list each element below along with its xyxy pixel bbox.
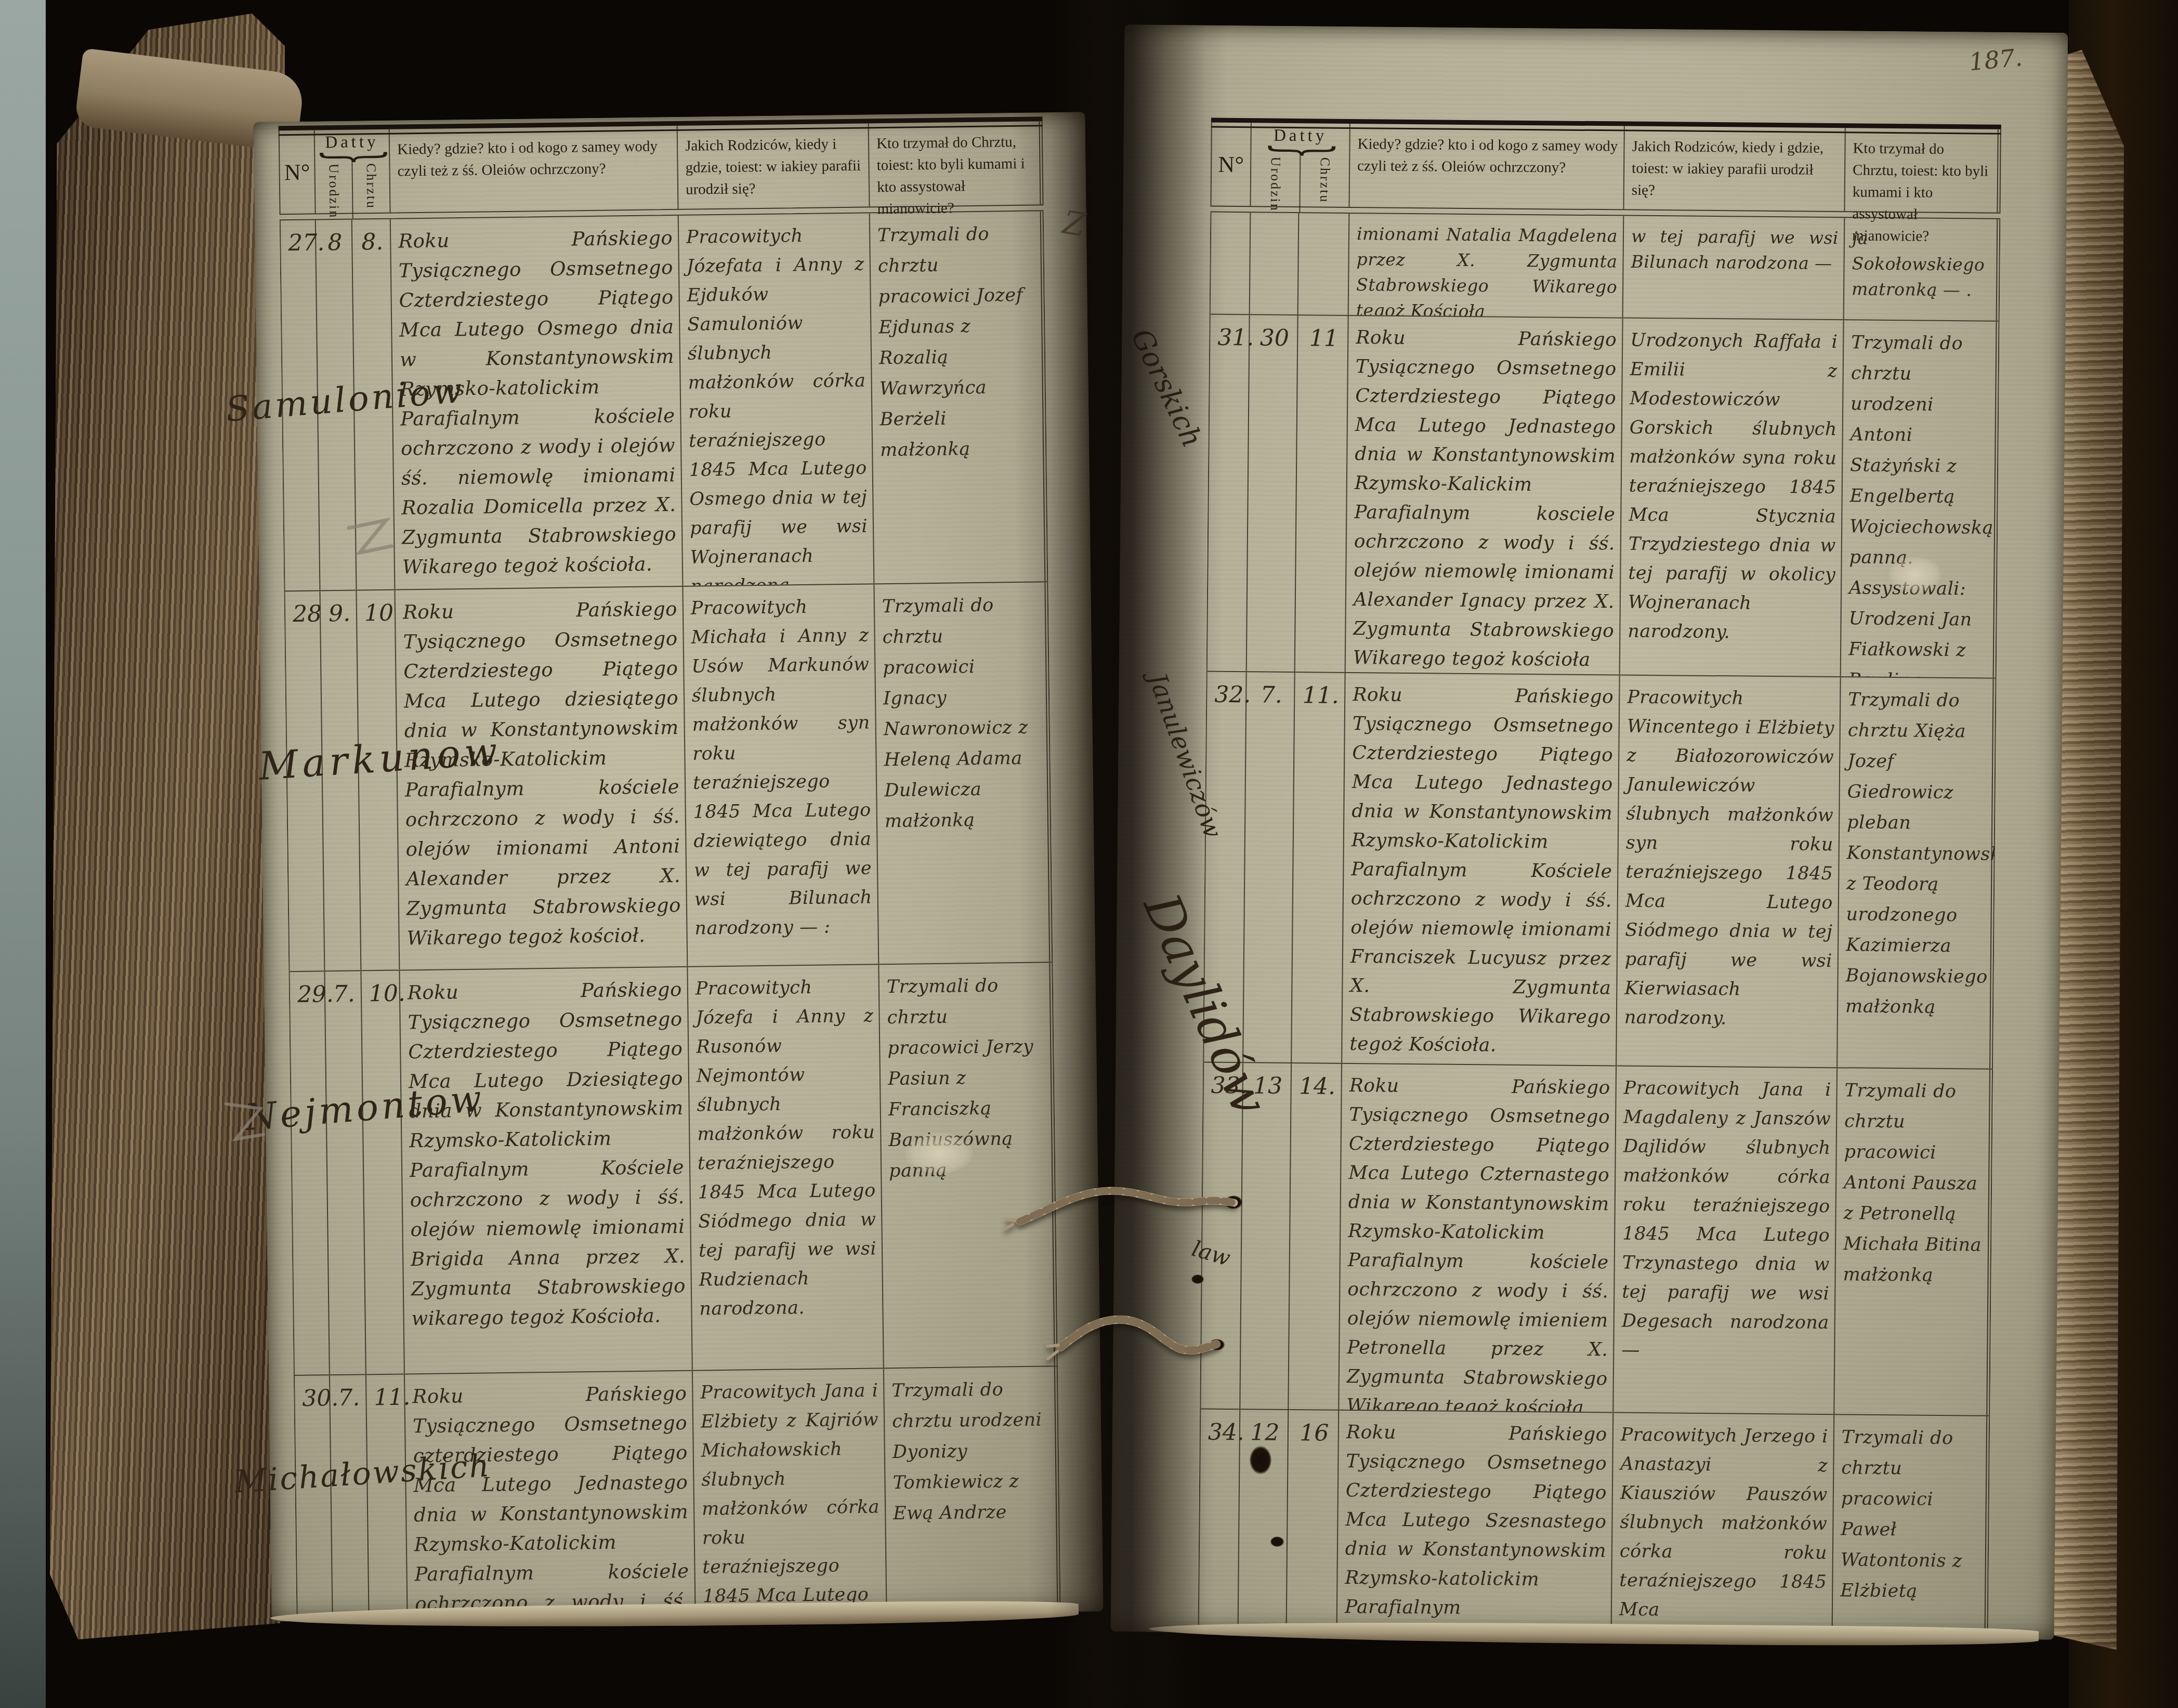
header-parents-question: Jakich Rodziców, kiedy i gdzie, toiest: …	[678, 123, 870, 208]
paper-hole	[1250, 1446, 1271, 1474]
entry-no: 31.	[1206, 315, 1250, 672]
entry-parents-text: Pracowitych Jerzego i Anastazyi z Kiausz…	[1612, 1413, 1835, 1637]
paper-hole	[1225, 1195, 1242, 1209]
entry-parents-text: Pracowitych Józefata i Anny z Ejduków Sa…	[679, 213, 875, 585]
header-date-subcolumns: Urodzin Chrztu	[1251, 155, 1349, 213]
left-page: N° Datty { Urodzin Chrztu Kiedy? gdzie? …	[253, 112, 1103, 1621]
paper-scrape	[1889, 556, 1941, 593]
header-baptism-label: Chrztu	[1317, 157, 1333, 203]
entry-baptism-day: 14.	[1289, 1063, 1342, 1410]
entry-birth-empty	[1250, 213, 1300, 314]
entry-birth-day: 7.	[1243, 672, 1295, 1062]
header-birth-label: Urodzin	[325, 164, 342, 219]
entry-baptism-day: 16	[1287, 1410, 1340, 1633]
entry-parents-text: Pracowitych Michała i Anny z Usów Markun…	[683, 584, 879, 966]
entry-baptism-text: Roku Pańskiego Tysiącznego Osmsetnego Cz…	[400, 967, 692, 1374]
curly-brace: {	[1283, 142, 1317, 159]
paper-hole	[1270, 1536, 1284, 1547]
header-date-subcolumns: Urodzin Chrztu	[315, 162, 389, 219]
entry-row-31: 31. 30 11 Roku Pańskiego Tysiącznego Osm…	[1206, 314, 2000, 678]
entry-no-empty	[1210, 213, 1251, 314]
entry-row-30: 30. 7. 11. Roku Pańskiego Tysiącznego Os…	[294, 1365, 1061, 1616]
entry-godparents-text: Trzymali do chrztu pracowici Paweł Waton…	[1833, 1415, 1990, 1638]
left-table-header: N° Datty { Urodzin Chrztu Kiedy? gdzie? …	[279, 121, 1044, 214]
left-register-table: N° Datty { Urodzin Chrztu Kiedy? gdzie? …	[279, 116, 1061, 1616]
left-page-block-edge	[50, 14, 285, 1639]
scan-cradle-strip	[0, 0, 46, 1708]
entry-baptism-text: Roku Pańskiego Tysiącznego Osmsetnego Cz…	[1337, 1411, 1614, 1635]
curly-brace: {	[335, 149, 369, 166]
header-baptism-question: Kiedy? gdzie? kto i od kogo z samey wody…	[1349, 124, 1624, 209]
right-table-header: N° Datty { Urodzin Chrztu Kiedy? gdzie? …	[1210, 123, 2001, 213]
entry-baptism-text: Roku Pańskiego Tysiącznego Osmsetnego Cz…	[395, 587, 688, 970]
header-birth-cell: Urodzin	[315, 163, 353, 219]
entry-godparents-text: ja Sokołowskiego matronką — .	[1844, 218, 2001, 321]
entry-row-carryover: imionami Natalia Magdelena przez X. Zygm…	[1210, 213, 2001, 321]
header-no-label: N°	[284, 159, 310, 186]
entry-parents-text: Pracowitych Jana i Elżbiety z Kajriów Mi…	[693, 1369, 887, 1611]
entry-godparents-text: Trzymali do chrztu pracowici Antoni Paus…	[1834, 1068, 1993, 1415]
header-baptism-label: Chrztu	[363, 163, 379, 209]
header-godparents-question: Kto trzymał do Chrztu, toiest: kto byli …	[869, 121, 1044, 206]
paper-hole	[1209, 1339, 1225, 1350]
entry-parents-text: Pracowitych Józefa i Anny z Rusonów Nejm…	[688, 965, 884, 1370]
entry-birth-day: 7.	[325, 971, 366, 1374]
entry-birth-day: 12	[1239, 1410, 1289, 1632]
entry-parents-text: w tej parafij we wsi Bilunach narodzona …	[1623, 216, 1845, 320]
entry-row-34: 34. 12 16 Roku Pańskiego Tysiącznego Osm…	[1198, 1409, 1990, 1638]
header-baptism-cell: Chrztu	[1300, 156, 1349, 213]
header-parents-question: Jakich Rodziców, kiedy i gdzie, toiest: …	[1624, 126, 1845, 212]
paper-hole	[1191, 1275, 1204, 1284]
entry-no: 34.	[1198, 1410, 1241, 1632]
header-no-label: N°	[1218, 151, 1244, 177]
entry-baptism-empty	[1298, 213, 1350, 315]
header-dates: Datty { Urodzin Chrztu	[1251, 123, 1350, 207]
entry-no: 29.	[288, 971, 330, 1375]
entry-baptism-day: 11	[1295, 316, 1349, 672]
entry-godparents-text: Trzymali do chrztu pracowici Ignacy Nawr…	[874, 582, 1053, 964]
right-page: 187. N° Datty { Urodzin Chrztu Kiedy? gd…	[1111, 24, 2068, 1640]
margin-surname-31: Gorskich	[1125, 324, 1209, 453]
book-scan: { "page_number": "187.", "column_headers…	[0, 0, 2178, 1708]
header-birth-label: Urodzin	[1267, 157, 1283, 212]
entry-baptism-text: imionami Natalia Magdelena przez X. Zygm…	[1349, 214, 1624, 318]
entry-row-32: 32. 7. 11. Roku Pańskiego Tysiącznego Os…	[1203, 671, 1997, 1069]
entry-baptism-text: Roku Pańskiego Tysiącznego Osmsetnego Cz…	[1346, 316, 1623, 675]
header-godparents-question: Kto trzymał do Chrztu, toiest: kto byli …	[1845, 128, 2001, 213]
entry-birth-day: 7.	[330, 1375, 370, 1615]
entry-godparents-text: Trzymali do chrztu pracowici Jerzy Pasiu…	[879, 963, 1057, 1368]
header-baptism-question: Kiedy? gdzie? kto i od kogo z samey wody…	[390, 126, 679, 213]
right-register-table: N° Datty { Urodzin Chrztu Kiedy? gdzie? …	[1198, 118, 2001, 1638]
entry-birth-day: 30	[1247, 315, 1298, 672]
header-baptism-cell: Chrztu	[352, 162, 389, 219]
page-number: 187.	[1968, 43, 2024, 76]
entry-baptism-day: 11.	[366, 1375, 408, 1615]
entry-parents-text: Pracowitych Wincentego i Elżbiety z Biał…	[1617, 676, 1841, 1068]
entry-birth-day: 13	[1240, 1063, 1292, 1409]
entry-parents-text: Pracowitych Jana i Magdaleny z Janszów D…	[1613, 1066, 1838, 1414]
entry-baptism-text: Roku Pańskiego Tysiącznego Osmsetnego Cz…	[1342, 673, 1620, 1066]
header-birth-cell: Urodzin	[1251, 155, 1301, 212]
pencil-mark-icon	[219, 1093, 272, 1151]
header-dates: Datty { Urodzin Chrztu	[315, 129, 391, 214]
header-no: N°	[1210, 123, 1251, 206]
entry-row-33: 33. 13 14. Roku Pańskiego Tysiącznego Os…	[1200, 1062, 1993, 1415]
entry-baptism-day: 10.	[361, 971, 404, 1374]
entry-godparents-text: Trzymali do chrztu pracowici Jozef Ejdun…	[870, 211, 1048, 583]
entry-baptism-text: Roku Pańskiego Tysiącznego Osmsetnego cz…	[405, 1371, 696, 1615]
entry-parents-text: Urodzonych Raffała i Emilii z Modestowic…	[1620, 319, 1844, 677]
entry-baptism-day: 11.	[1292, 673, 1346, 1063]
header-no: N°	[279, 130, 316, 214]
ink-flourish-mark: Z	[1060, 203, 1088, 244]
entry-godparents-text: Trzymali do chrztu urodzeni Dyonizy Tomk…	[884, 1367, 1061, 1609]
entry-baptism-text: Roku Pańskiego Tysiącznego Osmsetnego Cz…	[1339, 1064, 1617, 1412]
pencil-mark-icon	[342, 513, 404, 575]
entry-godparents-text: Trzymali do chrztu urodzeni Antoni Staży…	[1841, 320, 2000, 678]
entry-godparents-text: Trzymali do chrztu Xięża Jozef Giedrowic…	[1838, 677, 1997, 1069]
